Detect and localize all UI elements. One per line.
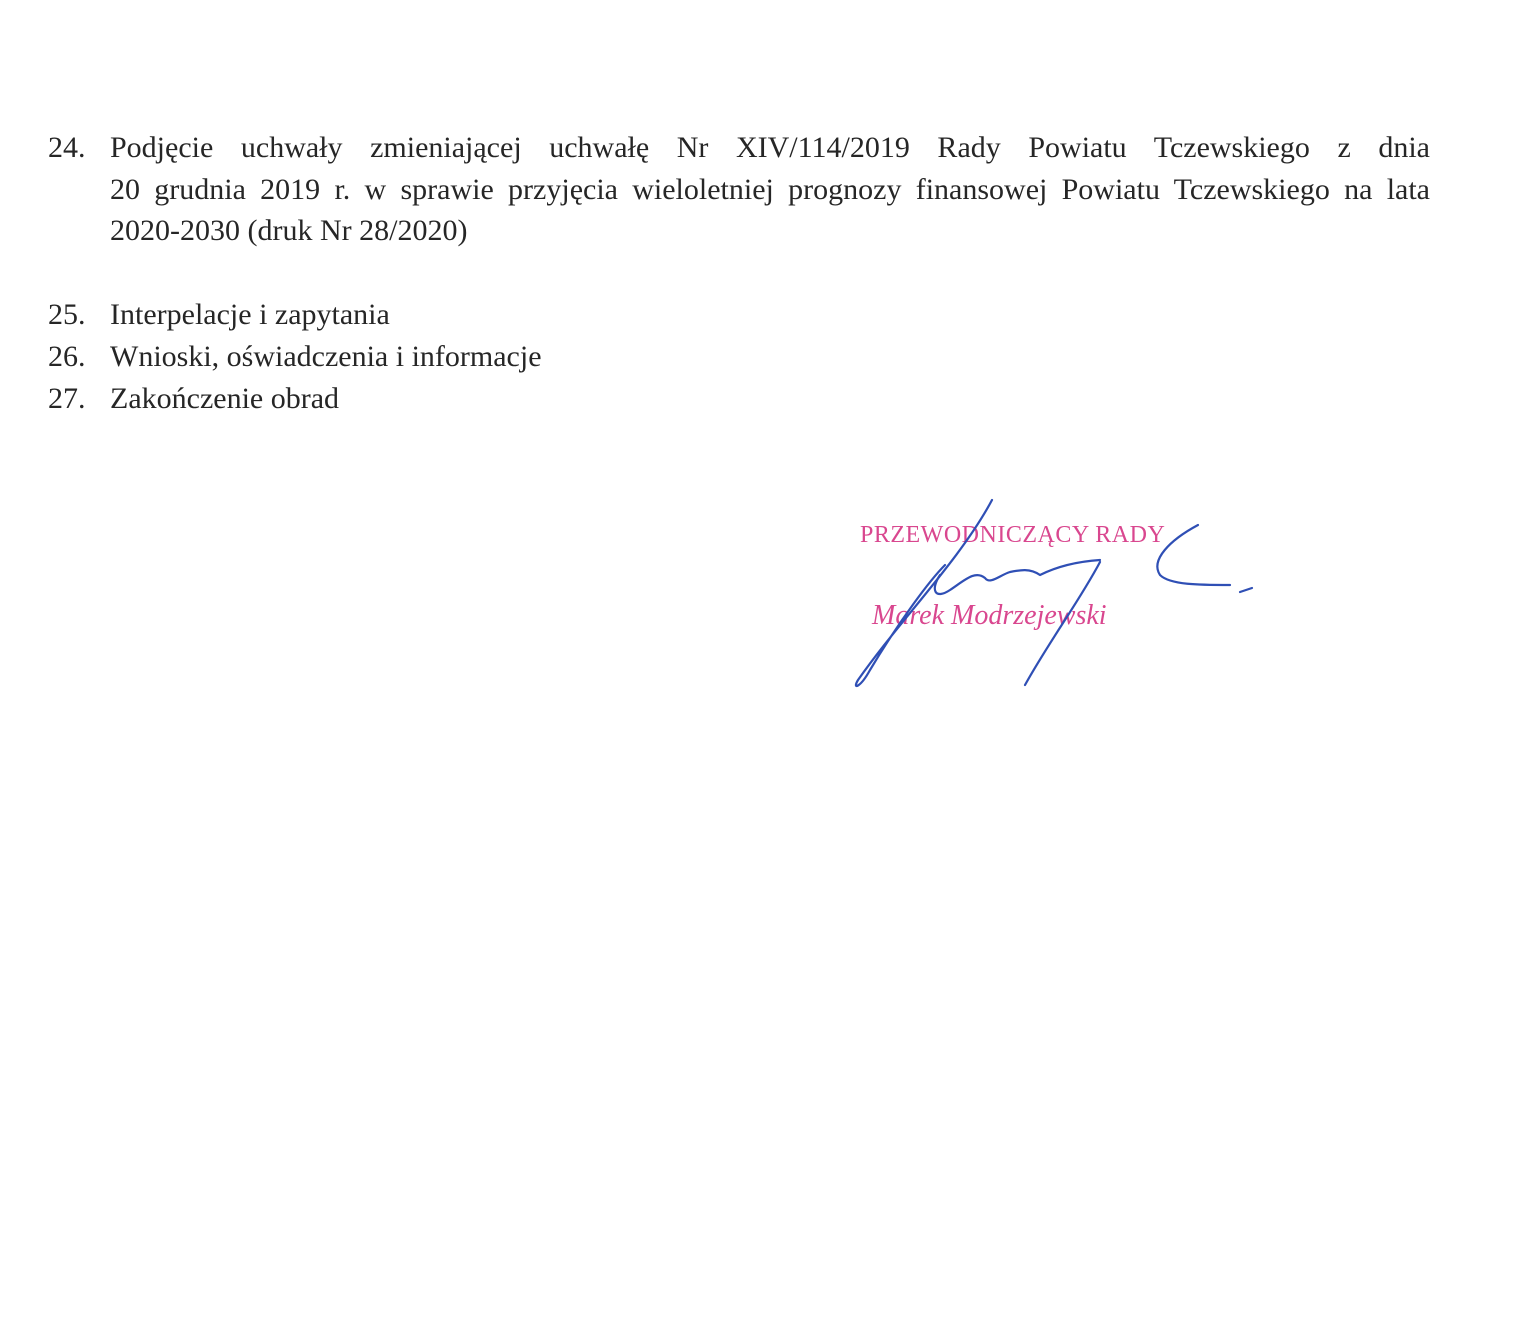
handwritten-signature-icon (0, 0, 1530, 1321)
